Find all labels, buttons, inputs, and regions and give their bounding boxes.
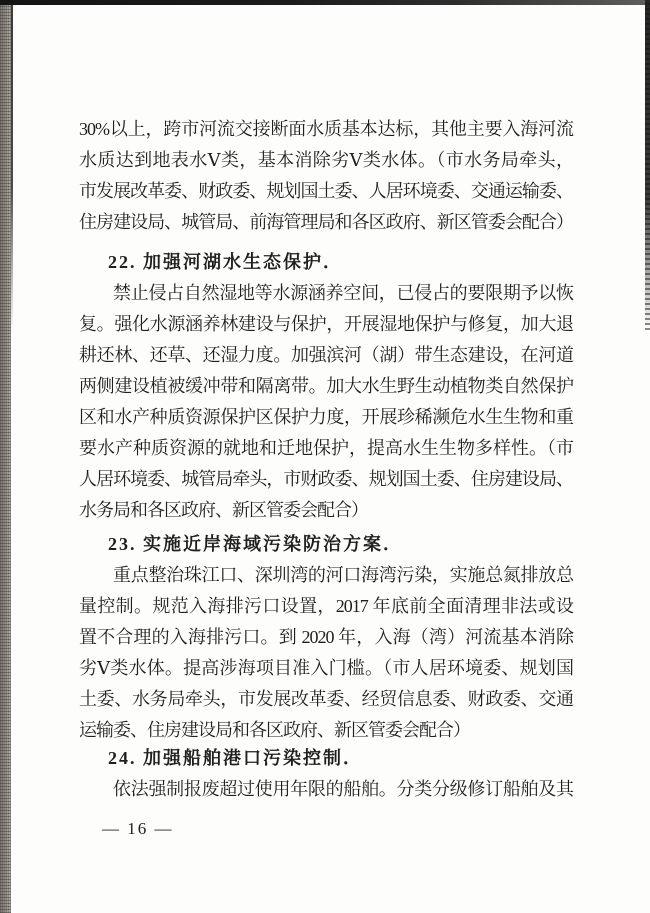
paragraph: 依法强制报废超过使用年限的船舶。分类分级修订船舶及其 — [79, 774, 573, 805]
text-line: 禁止侵占自然湿地等水源涵养空间，已侵占的要限期予以恢 — [79, 278, 573, 309]
text-line: 复。强化水源涵养林建设与保护，开展湿地保护与修复，加大退 — [79, 309, 573, 340]
text-line: 置不合理的入海排污口。到 2020 年，入海（湾）河流基本消除 — [79, 622, 573, 653]
text-line: 运输委、住房建设局和各区政府、新区管委会配合） — [79, 715, 573, 746]
scan-edge-top-line — [0, 0, 650, 5]
scanned-document-page: { "document": { "kind": "scanned-governm… — [0, 0, 650, 913]
text-line: 土委、水务局牵头，市发展改革委、经贸信息委、财政委、交通 — [79, 684, 573, 715]
heading-line: 23. 实施近岸海域污染防治方案． — [79, 529, 573, 560]
section-heading: 24. 加强船舶港口污染控制． — [79, 743, 573, 774]
text-line: 市发展改革委、财政委、规划国土委、人居环境委、交通运输委、 — [79, 176, 573, 207]
section-heading: 23. 实施近岸海域污染防治方案． — [79, 529, 573, 560]
heading-line: 22. 加强河湖水生态保护． — [79, 247, 573, 278]
section-heading: 22. 加强河湖水生态保护． — [79, 247, 573, 278]
text-line: 水务局和各区政府、新区管委会配合） — [79, 495, 573, 526]
text-line: 要水产种质资源的就地和迁地保护，提高水生生物多样性。（市 — [79, 433, 573, 464]
text-line: 量控制。规范入海排污口设置，2017 年底前全面清理非法或设 — [79, 591, 573, 622]
text-line: 水质达到地表水Ⅴ类，基本消除劣Ⅴ类水体。（市水务局牵头， — [79, 145, 573, 176]
text-line: 两侧建设植被缓冲带和隔离带。加大水生野生动植物类自然保护 — [79, 371, 573, 402]
page-number: — 16 — — [102, 819, 174, 839]
text-line: 耕还林、还草、还湿力度。加强滨河（湖）带生态建设，在河道 — [79, 340, 573, 371]
paragraph: 禁止侵占自然湿地等水源涵养空间，已侵占的要限期予以恢复。强化水源涵养林建设与保护… — [79, 278, 573, 526]
text-line: 依法强制报废超过使用年限的船舶。分类分级修订船舶及其 — [79, 774, 573, 805]
text-line: 人居环境委、城管局牵头，市财政委、规划国土委、住房建设局、 — [79, 464, 573, 495]
text-line: 重点整治珠江口、深圳湾的河口海湾污染，实施总氮排放总 — [79, 560, 573, 591]
text-line: 劣Ⅴ类水体。提高涉海项目准入门槛。（市人居环境委、规划国 — [79, 653, 573, 684]
scan-edge-left-line — [11, 4, 13, 334]
paragraph: 重点整治珠江口、深圳湾的河口海湾污染，实施总氮排放总量控制。规范入海排污口设置，… — [79, 560, 573, 746]
text-line: 住房建设局、城管局、前海管理局和各区政府、新区管委会配合） — [79, 207, 573, 238]
document-body: 30%以上，跨市河流交接断面水质基本达标，其他主要入海河流水质达到地表水Ⅴ类，基… — [79, 114, 573, 805]
text-line: 30%以上，跨市河流交接断面水质基本达标，其他主要入海河流 — [79, 114, 573, 145]
paragraph: 30%以上，跨市河流交接断面水质基本达标，其他主要入海河流水质达到地表水Ⅴ类，基… — [79, 114, 573, 238]
scan-edge-left-texture — [0, 0, 11, 913]
text-line: 区和水产种质资源保护区保护力度，开展珍稀濒危水生生物和重 — [79, 402, 573, 433]
scan-edge-right-line — [645, 0, 650, 330]
heading-line: 24. 加强船舶港口污染控制． — [79, 743, 573, 774]
